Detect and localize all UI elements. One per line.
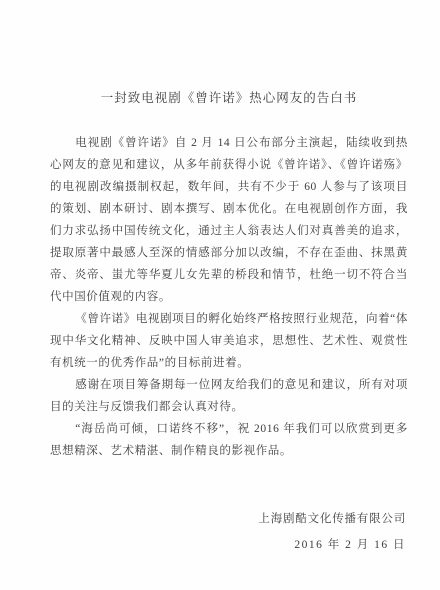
signature-block: 上海剧酷文化传播有限公司 2016 年 2 月 16 日 xyxy=(50,508,408,556)
paragraph: “海岳尚可倾，口诺终不移”，祝 2016 年我们可以欣赏到更多思想精深、艺术精湛… xyxy=(50,418,408,462)
paragraph: 感谢在项目筹备期每一位网友给我们的意见和建议，所有对项目的关注与反馈我们都会认真… xyxy=(50,374,408,418)
signature-company: 上海剧酷文化传播有限公司 xyxy=(50,508,406,530)
paragraph: 《曾许诺》电视剧项目的孵化始终严格按照行业规范，向着“体现中华文化精神、反映中国… xyxy=(50,308,408,374)
document-page: 一封致电视剧《曾许诺》热心网友的告白书 电视剧《曾许诺》自 2 月 14 日公布… xyxy=(0,0,440,590)
document-body: 电视剧《曾许诺》自 2 月 14 日公布部分主演起，陆续收到热心网友的意见和建议… xyxy=(50,132,408,462)
paragraph: 电视剧《曾许诺》自 2 月 14 日公布部分主演起，陆续收到热心网友的意见和建议… xyxy=(50,132,408,308)
signature-date: 2016 年 2 月 16 日 xyxy=(50,534,406,556)
document-title: 一封致电视剧《曾许诺》热心网友的告白书 xyxy=(50,88,408,106)
